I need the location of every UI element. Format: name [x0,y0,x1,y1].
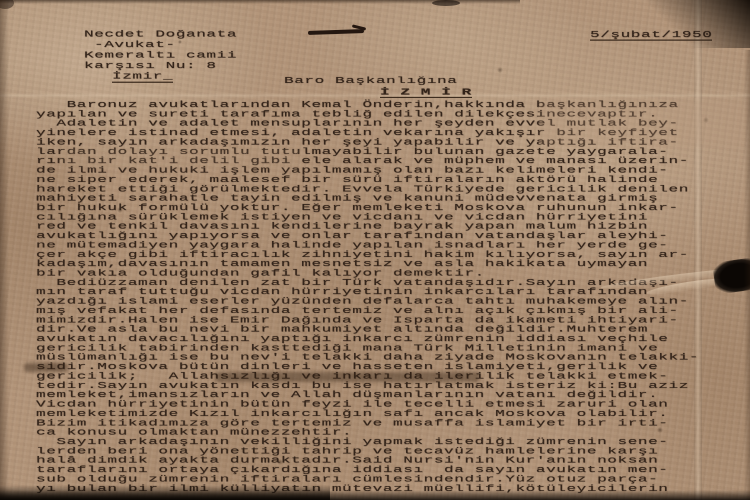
top-edge-blob [432,0,460,6]
scanned-letter-page: Necdet Doğanata -Avukat- Kemeraltı camii… [0,0,750,500]
letterhead-address-line2: karşısı Nu: 8 [84,61,237,72]
letter-date: 5/şubat/1950 [590,30,712,41]
top-left-corner-mark [0,0,14,9]
paragraph: Baronuz avukatlarından Kemal Önderin,hak… [36,100,746,119]
letterhead-title: -Avukat- [84,40,237,51]
letterhead: Necdet Doğanata -Avukat- Kemeraltı camii… [84,29,237,82]
letterhead-address-line1: Kemeraltı camii [84,50,237,61]
paragraph: Sayın arkadaşının vekilliğini yapmak ist… [36,437,746,493]
recipient-line: Baro Başkanlığına [284,76,457,85]
document-body: Baronuz avukatlarından Kemal Önderin,hak… [36,100,746,493]
paragraph: Adaletin ve adalet mensuplarının her şey… [36,119,746,278]
letterhead-city: İzmir_ [84,71,237,82]
recipient-city: İ Z M İ R [380,88,472,99]
letterhead-name: Necdet Doğanata [84,29,237,40]
paragraph: Bediüzzaman denilen zat bir Türk vatanda… [36,278,746,437]
top-edge-shadow [0,0,520,4]
text-line: yı bulan bir ilmi külliyatın mütevazi mü… [36,484,746,493]
